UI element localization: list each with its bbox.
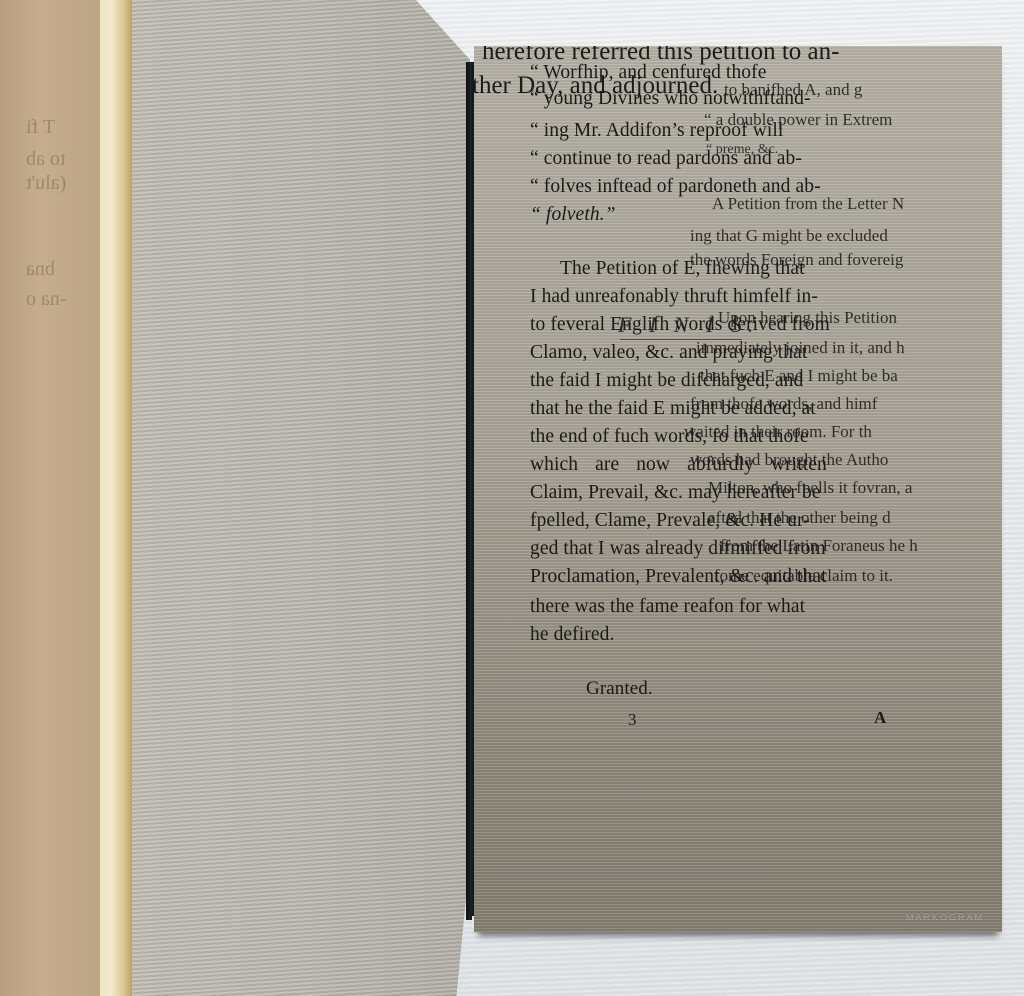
ghost-text-line: (alu't <box>26 172 66 195</box>
text-line: the faid I might be difcharged, and <box>530 370 803 392</box>
text-line: “ continue to read pardons and ab- <box>530 148 802 170</box>
ghost-text-line: -na o <box>26 288 67 311</box>
text-line: that he the faid E might be added, at <box>530 398 816 420</box>
text-line: “ ing Mr. Addifon’s reproof will <box>530 120 783 142</box>
text-line: Clamo, valeo, &c. and praying that <box>530 342 807 364</box>
text-line: there was the fame reafon for what <box>530 596 805 618</box>
text-line: fpelled, Clame, Prevale, &c. He ur- <box>530 510 810 532</box>
ghost-text-line: to ab <box>26 148 65 171</box>
text-line: “ folveth.” <box>530 204 616 226</box>
text-line: to feveral Englifh words derived from <box>530 314 830 336</box>
text-line: I had unreafonably thruft himfelf in- <box>530 286 818 308</box>
text-line: “ folves inftead of pardoneth and ab- <box>530 176 821 198</box>
text-line: “ young Divines who notwithftand- <box>530 88 811 110</box>
aged-page: T fi to ab (alu't bna -na o <box>0 0 100 996</box>
grey-blank-page <box>132 0 470 996</box>
text-line: “ Worfhip, and cenfured thofe <box>530 62 767 84</box>
ghost-text-line: bna <box>26 258 55 281</box>
cream-endpaper <box>100 0 132 996</box>
granted-text: Granted. <box>586 678 653 700</box>
text-line: The Petition of E, fhewing that <box>560 258 805 280</box>
printed-page: herefore referred this petition to an- t… <box>474 46 1002 932</box>
text-line: the end of fuch words, fo that thofe <box>530 426 809 448</box>
text-line: which are now abfurdly written <box>530 454 827 476</box>
main-text: “ Worfhip, and cenfured thofe “ young Di… <box>474 46 1002 932</box>
text-line: Proclamation, Prevalent, &c. and that <box>530 566 827 588</box>
embossed-mark: MARKOGRAM <box>906 912 984 922</box>
text-line: ged that I was already difmiffed from <box>530 538 826 560</box>
page-number: 3 <box>628 710 637 730</box>
text-line: he defired. <box>530 624 614 646</box>
signature-mark: A <box>874 708 886 728</box>
text-line: Claim, Prevail, &c. may hereafter be <box>530 482 821 504</box>
ghost-text-line: T fi <box>26 116 55 139</box>
